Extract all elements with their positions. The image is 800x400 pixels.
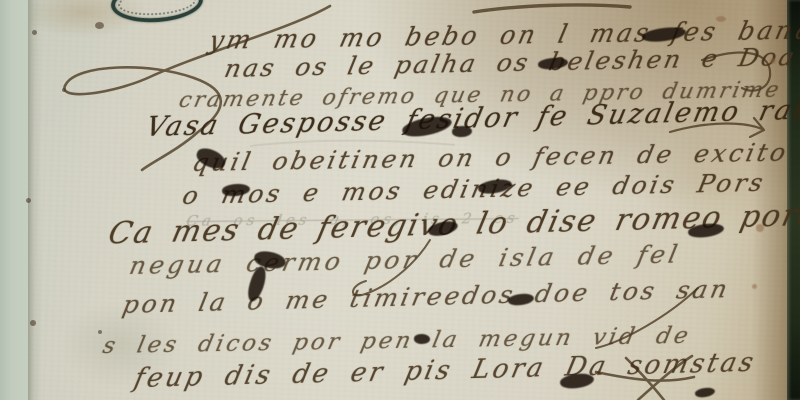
manuscript-photo: ym mo mo bebo on l mas fes banqua nas os… [0, 0, 800, 400]
stamp-inner-ring [117, 0, 197, 18]
paper-speck [95, 22, 104, 29]
rust-spot [716, 16, 726, 22]
paper-speck [32, 30, 37, 35]
ink-blot [414, 334, 430, 344]
rust-spot [770, 58, 776, 64]
paper-speck [62, 88, 66, 92]
paper-speck [30, 320, 36, 326]
paper-speck [26, 198, 31, 203]
rust-spot [756, 224, 764, 232]
rust-spot [752, 284, 757, 289]
paper-speck [98, 330, 102, 334]
